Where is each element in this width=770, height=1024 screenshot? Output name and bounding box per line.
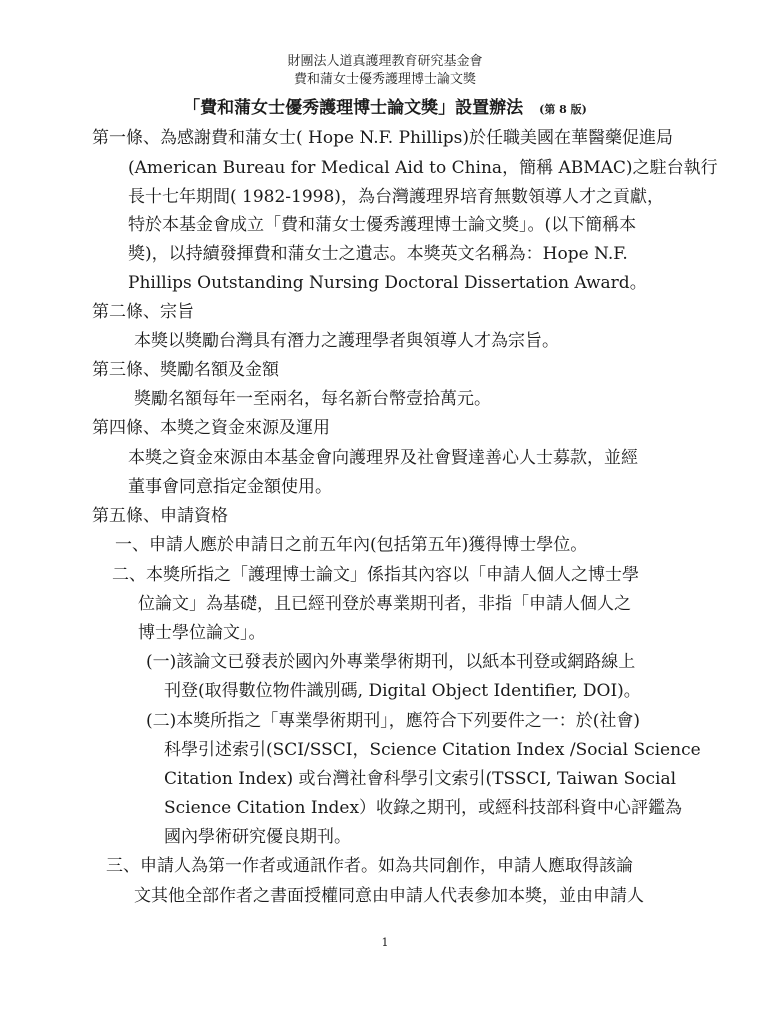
- article-3-heading: 第三條、獎勵名額及金額: [92, 360, 279, 380]
- header-award: 費和蒲女士優秀護理博士論文獎: [0, 72, 770, 88]
- article-1-line: (American Bureau for Medical Aid to Chin…: [128, 158, 718, 178]
- version-label: (第 8 版): [539, 103, 587, 116]
- article-2-heading: 第二條、宗旨: [92, 302, 194, 322]
- article-5-item-1: 一、申請人應於申請日之前五年內(包括第五年)獲得博士學位。: [115, 535, 587, 555]
- article-5-sub-2-line: Citation Index) 或台灣社會科學引文索引(TSSCI, Taiwa…: [164, 769, 676, 789]
- article-1-line: 獎)，以持續發揮費和蒲女士之遺志。本獎英文名稱為：Hope N.F.: [128, 244, 628, 264]
- document-page: 財團法人道真護理教育研究基金會 費和蒲女士優秀護理博士論文獎 「費和蒲女士優秀護…: [0, 0, 770, 1024]
- article-4-body: 本獎之資金來源由本基金會向護理界及社會賢達善心人士募款，並經: [128, 448, 638, 468]
- article-1-line: 特於本基金會成立「費和蒲女士優秀護理博士論文獎」。(以下簡稱本: [128, 215, 636, 235]
- article-5-sub-2-line: Science Citation Index）收錄之期刊，或經科技部科資中心評鑑…: [164, 798, 682, 818]
- article-5-sub-1-line: 刊登(取得數位物件識別碼, Digital Object Identifier,…: [164, 681, 641, 701]
- article-5-sub-2-line: 科學引述索引(SCI/SSCI，Science Citation Index /…: [164, 740, 701, 760]
- article-4-body: 董事會同意指定金額使用。: [128, 477, 332, 497]
- page-number: 1: [0, 936, 770, 949]
- article-1-line: Phillips Outstanding Nursing Doctoral Di…: [128, 273, 647, 293]
- article-5-sub-2: (二)本獎所指之「專業學術期刊」，應符合下列要件之一：於(社會): [146, 711, 640, 731]
- article-5-sub-1: (一)該論文已發表於國內外專業學術期刊，以紙本刊登或網路線上: [146, 652, 635, 672]
- article-1-line: 長十七年期間( 1982-1998)，為台灣護理界培育無數領導人才之貢獻，: [128, 187, 664, 207]
- article-2-body: 本獎以獎勵台灣具有潛力之護理學者與領導人才為宗旨。: [134, 331, 559, 351]
- article-5-item-3-line: 文其他全部作者之書面授權同意由申請人代表參加本獎，並由申請人: [134, 886, 644, 906]
- article-1-heading: 第一條、為感謝費和蒲女士( Hope N.F. Phillips)於任職美國在華…: [92, 128, 673, 148]
- article-5-item-2: 二、本獎所指之「護理博士論文」係指其內容以「申請人個人之博士學: [112, 565, 639, 585]
- title-text: 「費和蒲女士優秀護理博士論文獎」設置辦法: [183, 98, 523, 118]
- header-org: 財團法人道真護理教育研究基金會: [0, 54, 770, 70]
- article-5-item-3: 三、申請人為第一作者或通訊作者。如為共同創作，申請人應取得該論: [106, 856, 633, 876]
- article-5-sub-2-line: 國內學術研究優良期刊。: [164, 827, 351, 847]
- article-5-item-2-line: 位論文」為基礎，且已經刊登於專業期刊者，非指「申請人個人之: [138, 594, 631, 614]
- article-5-heading: 第五條、申請資格: [92, 506, 228, 526]
- article-3-body: 獎勵名額每年一至兩名，每名新台幣壹拾萬元。: [134, 389, 491, 409]
- document-title: 「費和蒲女士優秀護理博士論文獎」設置辦法(第 8 版): [0, 98, 770, 120]
- article-4-heading: 第四條、本獎之資金來源及運用: [92, 418, 330, 438]
- article-5-item-2-line: 博士學位論文」。: [138, 623, 266, 643]
